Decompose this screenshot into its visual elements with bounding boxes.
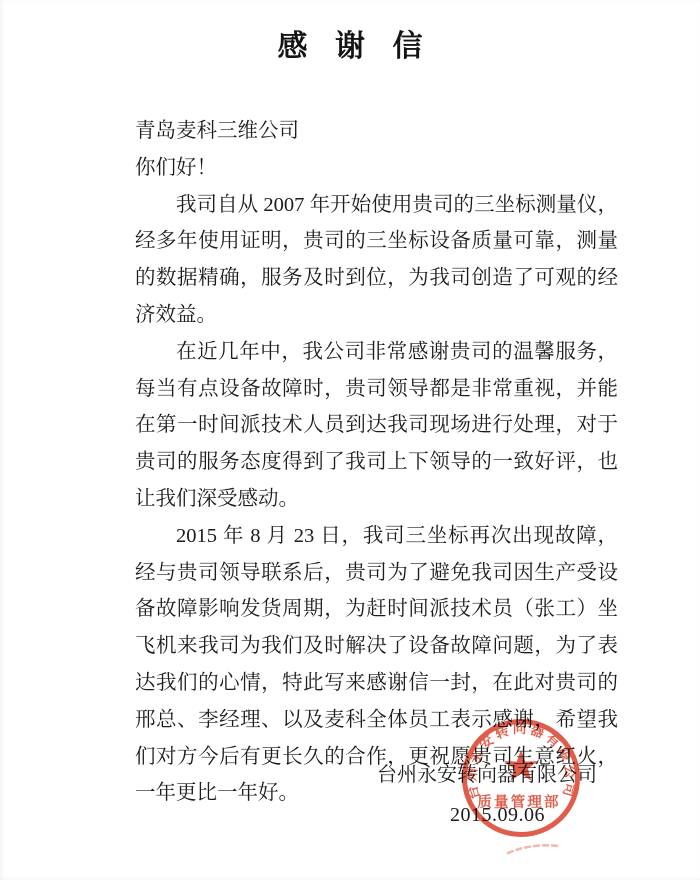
star-icon bbox=[504, 750, 537, 781]
ink-smudge bbox=[500, 833, 610, 865]
body-paragraph-2: 在近几年中，我公司非常感谢贵司的温馨服务，每当有点设备故障时，贵司领导都是非常重… bbox=[135, 334, 618, 518]
letter-page: 感 谢 信 青岛麦科三维公司 你们好！ 我司自从 2007 年开始使用贵司的三坐… bbox=[0, 0, 700, 880]
letter-title: 感 谢 信 bbox=[0, 31, 700, 63]
body-paragraph-1: 我司自从 2007 年开始使用贵司的三坐标测量仪，经多年使用证明，贵司的三坐标设… bbox=[135, 187, 618, 334]
greeting-line: 你们好！ bbox=[135, 150, 618, 187]
recipient-line: 青岛麦科三维公司 bbox=[135, 113, 618, 150]
seal-department-text: 质量管理部 bbox=[477, 793, 561, 811]
